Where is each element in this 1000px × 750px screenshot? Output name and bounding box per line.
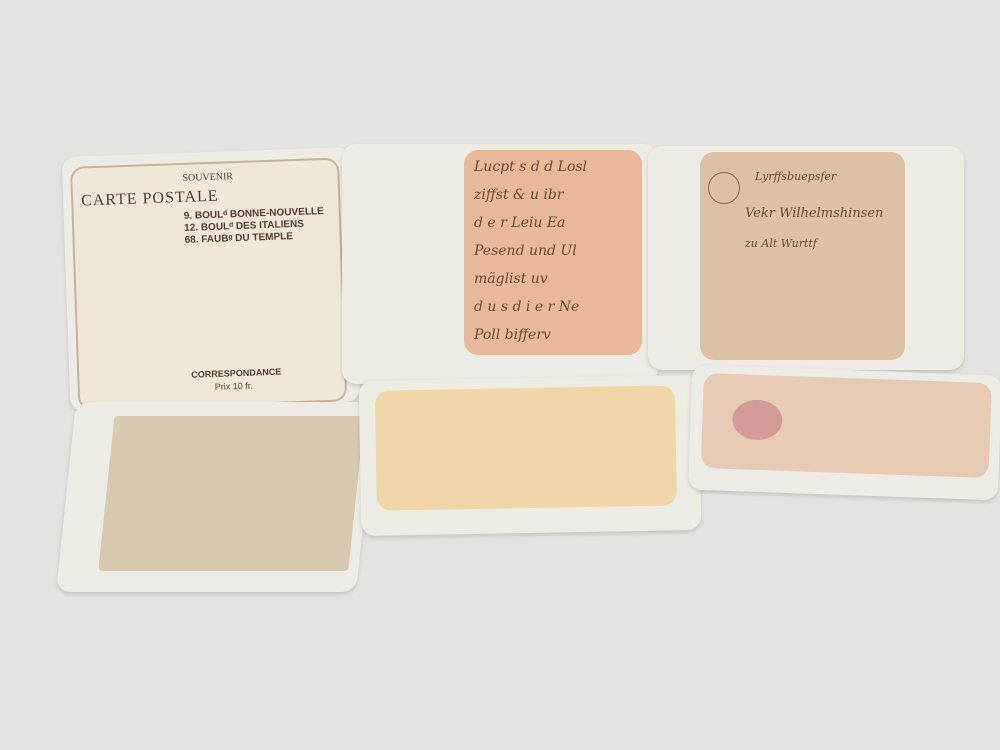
script-line-4: Pesend und Ul: [474, 244, 577, 258]
eagle-seal-icon: [708, 172, 740, 204]
certificate-line-2: Vekr Wilhelmshinsen: [745, 207, 883, 221]
certificate-line-3: zu Alt Wurttf: [745, 237, 817, 251]
rose-illustration: [732, 399, 783, 441]
card-top-left: SOUVENIR CARTE POSTALE 9. BOULᵈ BONNE-NO…: [62, 147, 361, 412]
carte-postale-panel: SOUVENIR CARTE POSTALE 9. BOULᵈ BONNE-NO…: [70, 157, 347, 410]
card-top-middle: Lucpt s d d Losl ziffst & u ibr d e r Le…: [342, 144, 658, 384]
pink-rose-panel: [701, 373, 992, 478]
script-line-6: d u s d i e r Ne: [474, 300, 579, 314]
rose-border-panel: [375, 385, 677, 510]
script-line-1: Lucpt s d d Losl: [474, 160, 587, 174]
script-letter-panel: Lucpt s d d Losl ziffst & u ibr d e r Le…: [464, 150, 642, 355]
card-bottom-right: [688, 365, 1000, 501]
correspondance-label: CORRESPONDANCE: [191, 367, 281, 380]
script-line-7: Poll bifferv: [474, 328, 551, 342]
script-line-5: mäglist uv: [474, 272, 548, 286]
price-label: Prix 10 fr.: [215, 381, 253, 392]
script-line-2: ziffst & u ibr: [474, 188, 564, 202]
german-certificate-panel: Lyrffsbuepsfer Vekr Wilhelmshinsen zu Al…: [700, 152, 905, 360]
certificate-line-1: Lyrffsbuepsfer: [755, 170, 836, 184]
carte-postale-title: CARTE POSTALE: [81, 188, 219, 211]
card-top-right: Lyrffsbuepsfer Vekr Wilhelmshinsen zu Al…: [648, 146, 964, 370]
souvenir-text: SOUVENIR: [182, 171, 233, 184]
card-bottom-middle: [359, 375, 702, 536]
card-bottom-left: [56, 402, 376, 592]
scalloped-panel: [98, 416, 364, 571]
address-line-3: 68. FAUBᵍ DU TEMPLE: [184, 231, 293, 247]
script-line-3: d e r Leiu Ea: [474, 216, 565, 230]
